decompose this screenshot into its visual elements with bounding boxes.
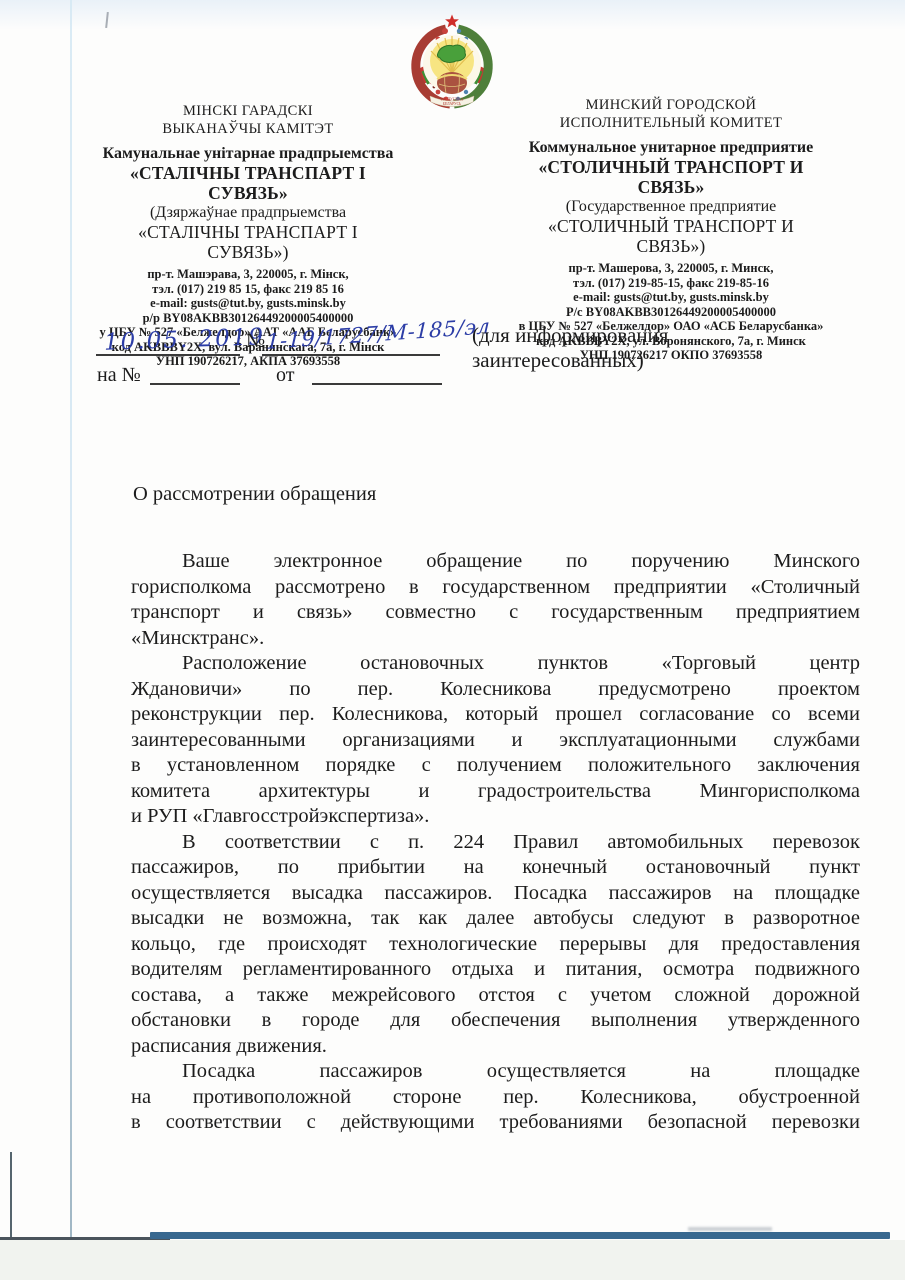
body-line: в соответствии с действующими требования… (131, 1110, 860, 1136)
body-line: и РУП «Главгосстройэкспертиза». (131, 804, 860, 830)
body-line: горисполкома рассмотрено в государственн… (131, 575, 860, 601)
body-line: высадки не возможна, так как далее автоб… (131, 906, 860, 932)
body-line: кольцо, где происходят технологические п… (131, 932, 860, 958)
registration-line: УНП 190726217, АКПА 37693558 (98, 354, 398, 369)
number-sign-label: № (246, 330, 265, 353)
body-line: на противоположной стороне пер. Колесник… (131, 1085, 860, 1111)
company-paren: (Дзяржаўнае прадпрыемства (98, 203, 398, 222)
emblem-ribbon-text-line2: БЕЛАРУСЬ (443, 102, 461, 106)
from-rule-line (312, 383, 442, 385)
date-rule-line (96, 354, 240, 356)
body-line: транспорт и связь» совместно с государст… (131, 600, 860, 626)
phone-line: тэл. (017) 219 85 15, факс 219 85 16 (98, 282, 398, 297)
on-number-rule-line (150, 383, 240, 385)
email-line: e-mail: gusts@tut.by, gusts.minsk.by (98, 296, 398, 311)
body-line: Ваше электронное обращение по поручению … (131, 549, 860, 575)
company-type: Коммунальное унитарное предприятие (515, 138, 827, 157)
body-line: заинтересованными организациями и эксплу… (131, 728, 860, 754)
scan-crease-line (70, 0, 72, 1238)
coat-of-arms-belarus-icon: РЭСПУБЛІКА БЕЛАРУСЬ (400, 10, 504, 114)
number-rule-line (262, 354, 440, 356)
org-name-line: ИСПОЛНИТЕЛЬНЫЙ КОМИТЕТ (515, 114, 827, 132)
from-label: от (276, 364, 294, 387)
recipient-note-line: заинтересованных) (472, 348, 732, 373)
body-line: В соответствии с п. 224 Правил автомобил… (131, 830, 860, 856)
phone-line: тэл. (017) 219-85-15, факс 219-85-16 (515, 276, 827, 291)
company-name: «СТОЛИЧНЫЙ ТРАНСПОРТ И СВЯЗЬ» (515, 157, 827, 197)
scan-bottom-edge-blue (150, 1232, 890, 1239)
body-line: Расположение остановочных пунктов «Торго… (131, 651, 860, 677)
body-line: пассажиров, по прибытии на конечный оста… (131, 855, 860, 881)
org-name-line: МИНСКИЙ ГОРОДСКОЙ (515, 96, 827, 114)
company-paren-name: «СТАЛІЧНЫ ТРАНСПАРТ І СУВЯЗЬ») (98, 222, 398, 262)
email-line: e-mail: gusts@tut.by, gusts.minsk.by (515, 290, 827, 305)
company-paren-name: «СТОЛИЧНЫЙ ТРАНСПОРТ И СВЯЗЬ») (515, 216, 827, 256)
org-name-line: МІНСКІ ГАРАДСКІ (98, 102, 398, 120)
body-line: реконструкции пер. Колесникова, который … (131, 702, 860, 728)
letter-body: Ваше электронное обращение по поручению … (131, 549, 860, 1136)
body-line: Посадка пассажиров осуществляется на пло… (131, 1059, 860, 1085)
org-name-line: ВЫКАНАЎЧЫ КАМІТЭТ (98, 120, 398, 138)
scan-left-edge-line (10, 1152, 12, 1240)
recipient-note: (для информирования заинтересованных) (472, 323, 732, 373)
body-line: комитета архитектуры и градостроительств… (131, 779, 860, 805)
subject-line: О рассмотрении обращения (133, 483, 376, 506)
body-line: Ждановичи» по пер. Колесникова предусмот… (131, 677, 860, 703)
recipient-note-line: (для информирования (472, 323, 732, 348)
scanned-letter-page: РЭСПУБЛІКА БЕЛАРУСЬ МІНСКІ ГАРАДСКІ ВЫКА… (0, 0, 905, 1280)
address-line: пр-т. Машэрава, 3, 220005, г. Мінск, (98, 267, 398, 282)
body-line: расписания движения. (131, 1034, 860, 1060)
address-line: пр-т. Машерова, 3, 220005, г. Минск, (515, 261, 827, 276)
company-paren: (Государственное предприятие (515, 197, 827, 216)
bank-account-line: Р/с BY08AKBB30126449200005400000 (515, 305, 827, 320)
company-name: «СТАЛІЧНЫ ТРАНСПАРТ І СУВЯЗЬ» (98, 163, 398, 203)
body-line: в установленном порядке с получением пол… (131, 753, 860, 779)
on-number-label: на № (97, 364, 141, 387)
scanner-background-band (0, 1240, 905, 1280)
body-line: состава, а также межрейсового отстоя с у… (131, 983, 860, 1009)
body-line: «Минсктранс». (131, 626, 860, 652)
body-line: осуществляется высадка пассажиров. Посад… (131, 881, 860, 907)
company-type: Камунальнае унітарнае прадпрыемства (98, 144, 398, 163)
scan-smudge (688, 1227, 772, 1231)
body-line: обстановки в городе для обеспечения выпо… (131, 1008, 860, 1034)
body-line: водителям регламентированного отдыха и п… (131, 957, 860, 983)
